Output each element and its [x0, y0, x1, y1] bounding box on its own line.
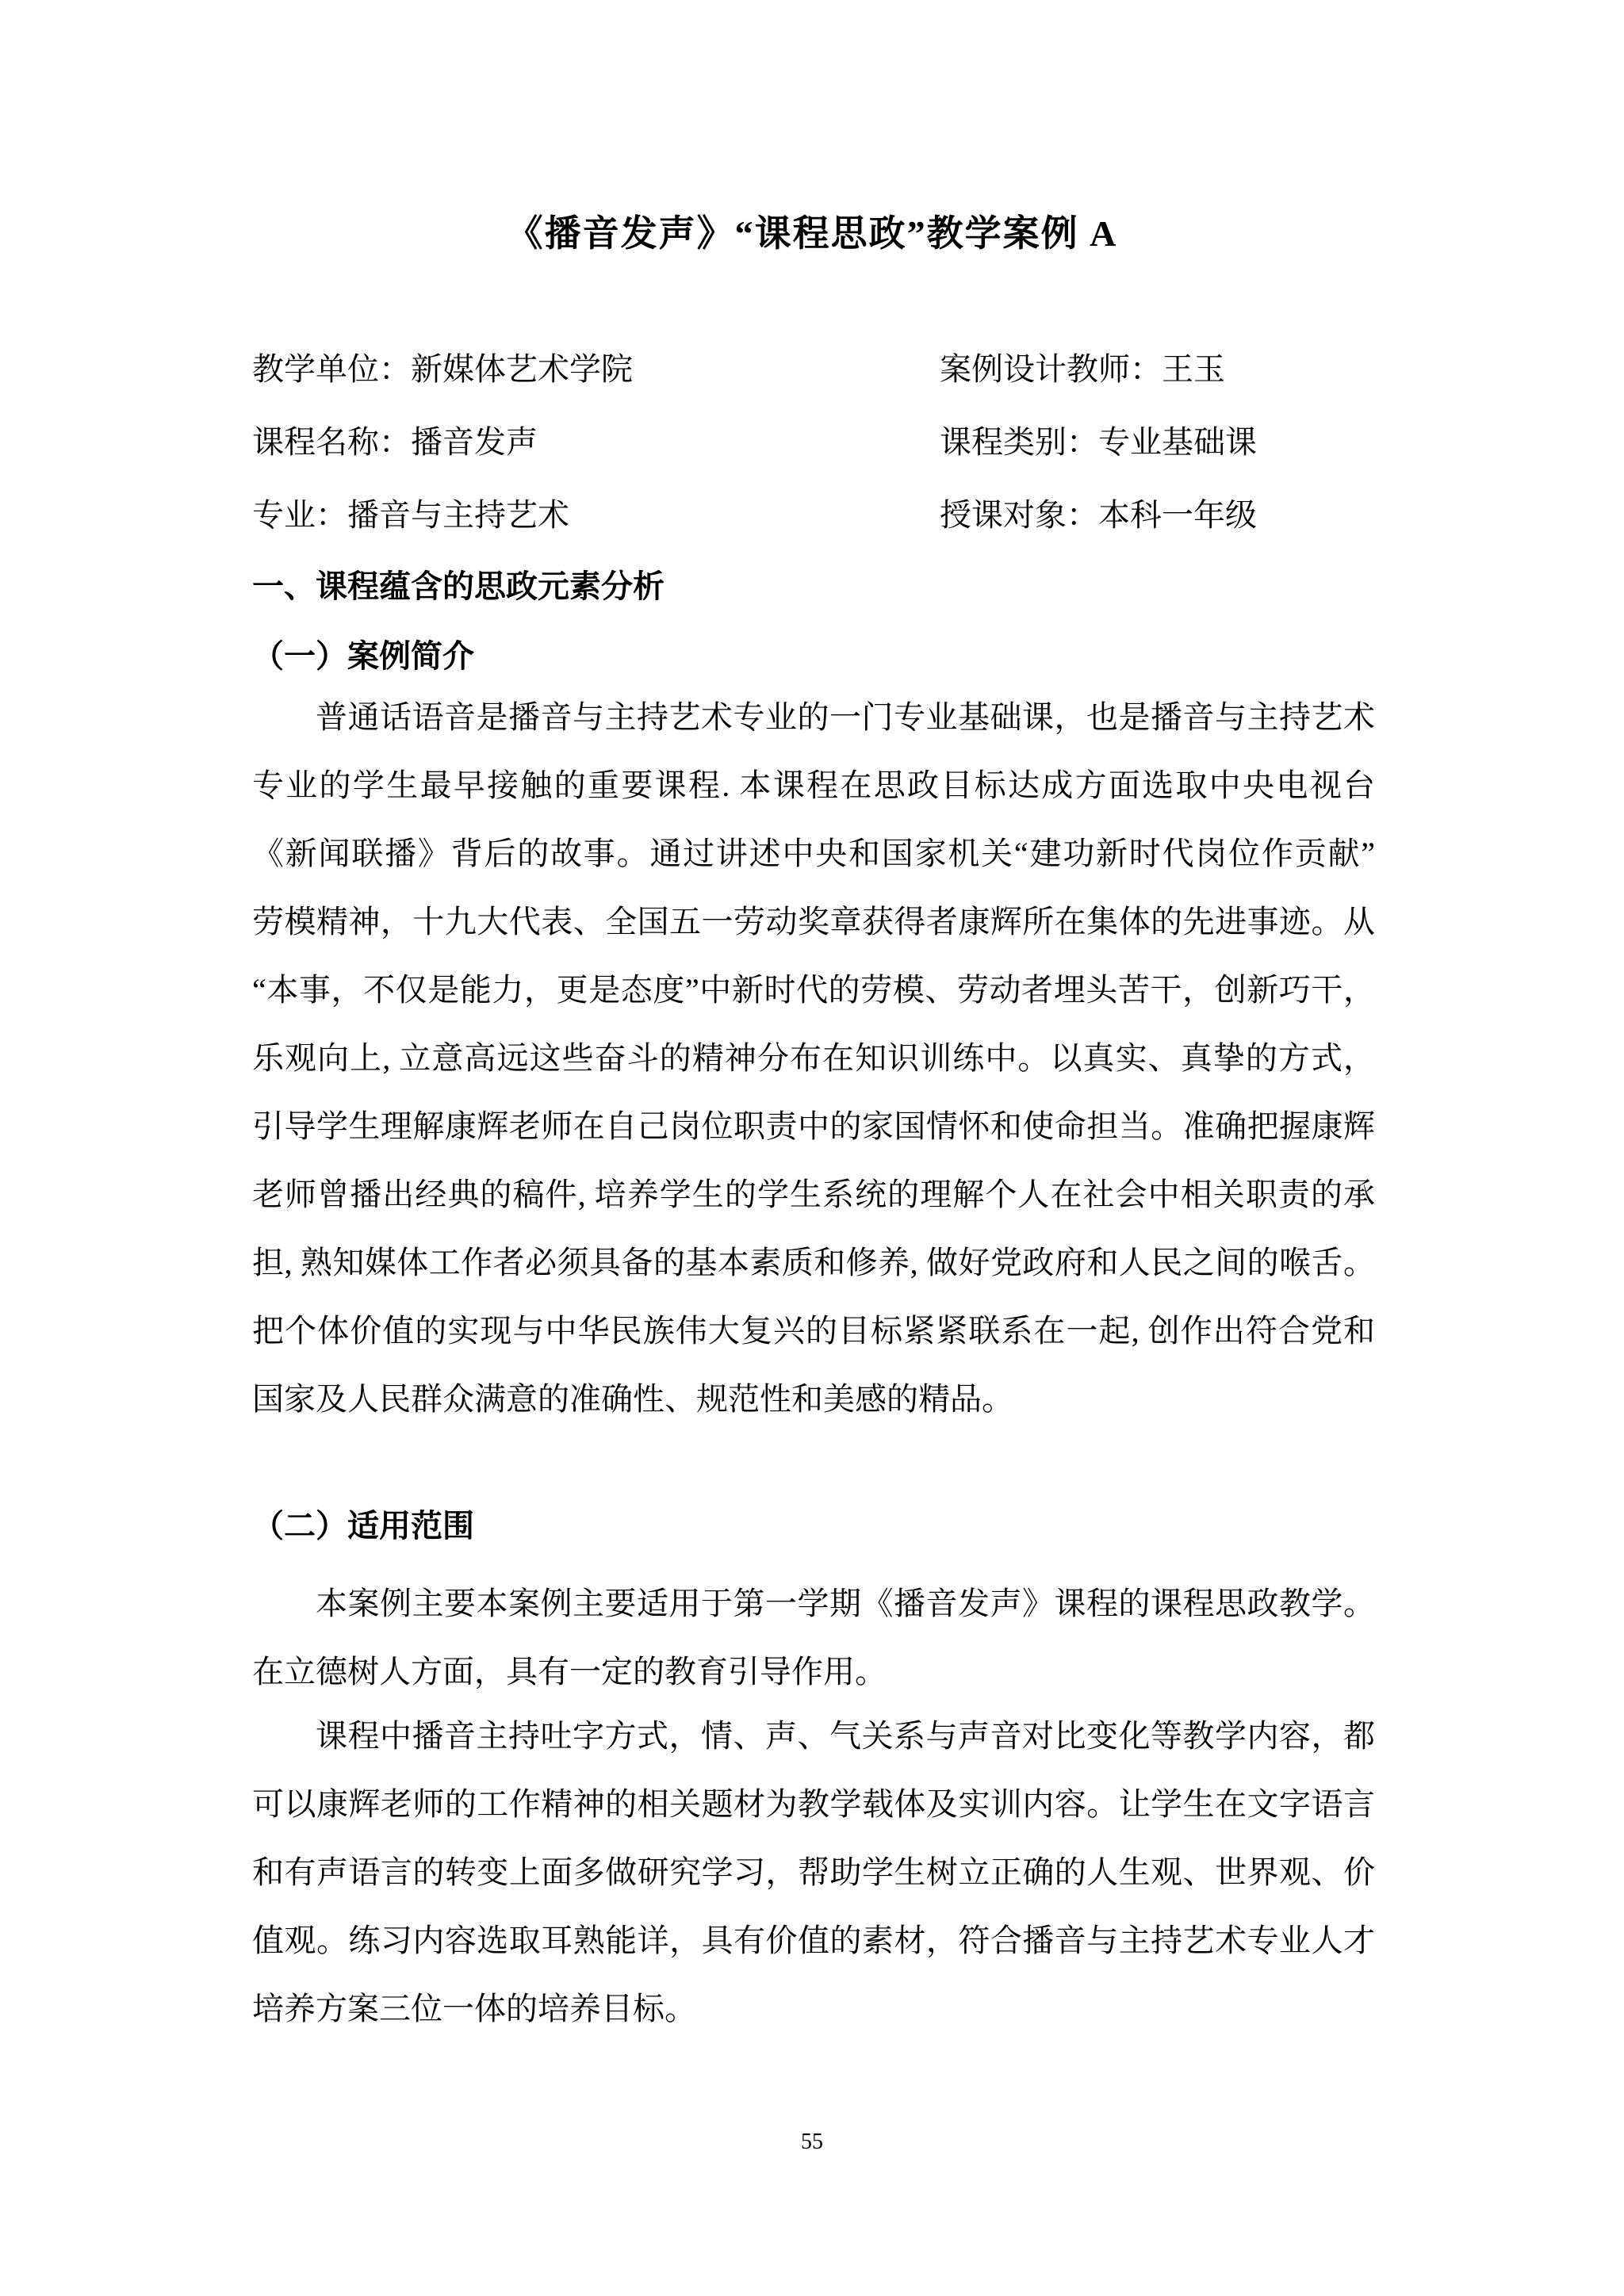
- info-field-major: 专业：播音与主持艺术: [252, 479, 940, 552]
- paragraph-teaching-content: 课程中播音主持吐字方式，情、声、气关系与声音对比变化等教学内容，都可以康辉老师的…: [252, 1702, 1375, 2043]
- info-row: 专业：播音与主持艺术 授课对象：本科一年级: [252, 479, 1375, 552]
- text-line: “本事，不仅是能力，更是态度”中新时代的劳模、劳动者埋头苦干，创新巧干，: [252, 956, 1375, 1024]
- section-heading-ideological-elements: 一、课程蕴含的思政元素分析: [252, 553, 1375, 621]
- document-title: 《播音发声》“课程思政”教学案例 A: [0, 198, 1624, 270]
- text-line: 专业的学生最早接触的重要课程. 本课程在思政目标达成方面选取中央电视台: [252, 752, 1375, 820]
- text-line: 课程中播音主持吐字方式，情、声、气关系与声音对比变化等教学内容，都: [252, 1702, 1375, 1770]
- info-field-course-name: 课程名称：播音发声: [252, 406, 940, 479]
- text-line: 培养方案三位一体的培养目标。: [252, 1975, 1375, 2043]
- text-line: 在立德树人方面，具有一定的教育引导作用。: [252, 1638, 1375, 1706]
- paragraph-case-intro: 普通话语音是播音与主持艺术专业的一门专业基础课，也是播音与主持艺术专业的学生最早…: [252, 683, 1375, 1433]
- text-line: 把个体价值的实现与中华民族伟大复兴的目标紧紧联系在一起, 创作出符合党和: [252, 1297, 1375, 1365]
- text-line: 担, 熟知媒体工作者必须具备的基本素质和修养, 做好党政府和人民之间的喉舌。: [252, 1229, 1375, 1297]
- text-line: 劳模精神，十九大代表、全国五一劳动奖章获得者康辉所在集体的先进事迹。从: [252, 888, 1375, 956]
- course-info-table: 教学单位：新媒体艺术学院 案例设计教师：王玉 课程名称：播音发声 课程类别：专业…: [252, 333, 1375, 552]
- text-line: 值观。练习内容选取耳熟能详，具有价值的素材，符合播音与主持艺术专业人才: [252, 1907, 1375, 1975]
- text-line: 本案例主要本案例主要适用于第一学期《播音发声》课程的课程思政教学。: [252, 1570, 1375, 1638]
- page-number: 55: [0, 2126, 1624, 2158]
- info-row: 课程名称：播音发声 课程类别：专业基础课: [252, 406, 1375, 479]
- subsection-heading-scope: （二）适用范围: [252, 1492, 1375, 1560]
- document-page: 《播音发声》“课程思政”教学案例 A 教学单位：新媒体艺术学院 案例设计教师：王…: [0, 0, 1624, 2296]
- info-field-target-students: 授课对象：本科一年级: [940, 479, 1375, 552]
- text-line: 和有声语言的转变上面多做研究学习，帮助学生树立正确的人生观、世界观、价: [252, 1839, 1375, 1907]
- text-line: 引导学生理解康辉老师在自己岗位职责中的家国情怀和使命担当。准确把握康辉: [252, 1093, 1375, 1161]
- info-field-teaching-unit: 教学单位：新媒体艺术学院: [252, 333, 940, 406]
- text-line: 可以康辉老师的工作精神的相关题材为教学载体及实训内容。让学生在文字语言: [252, 1770, 1375, 1839]
- text-line: 国家及人民群众满意的准确性、规范性和美感的精品。: [252, 1365, 1375, 1433]
- info-field-case-designer: 案例设计教师：王玉: [940, 333, 1375, 406]
- text-line: 乐观向上, 立意高远这些奋斗的精神分布在知识训练中。以真实、真挚的方式，: [252, 1024, 1375, 1093]
- text-line: 《新闻联播》背后的故事。通过讲述中央和国家机关“建功新时代岗位作贡献”: [252, 820, 1375, 888]
- subsection-heading-case-intro: （一）案例简介: [252, 622, 1375, 691]
- text-line: 老师曾播出经典的稿件, 培养学生的学生系统的理解个人在社会中相关职责的承: [252, 1161, 1375, 1229]
- text-line: 普通话语音是播音与主持艺术专业的一门专业基础课，也是播音与主持艺术: [252, 683, 1375, 752]
- paragraph-scope: 本案例主要本案例主要适用于第一学期《播音发声》课程的课程思政教学。在立德树人方面…: [252, 1570, 1375, 1706]
- info-row: 教学单位：新媒体艺术学院 案例设计教师：王玉: [252, 333, 1375, 406]
- info-field-course-category: 课程类别：专业基础课: [940, 406, 1375, 479]
